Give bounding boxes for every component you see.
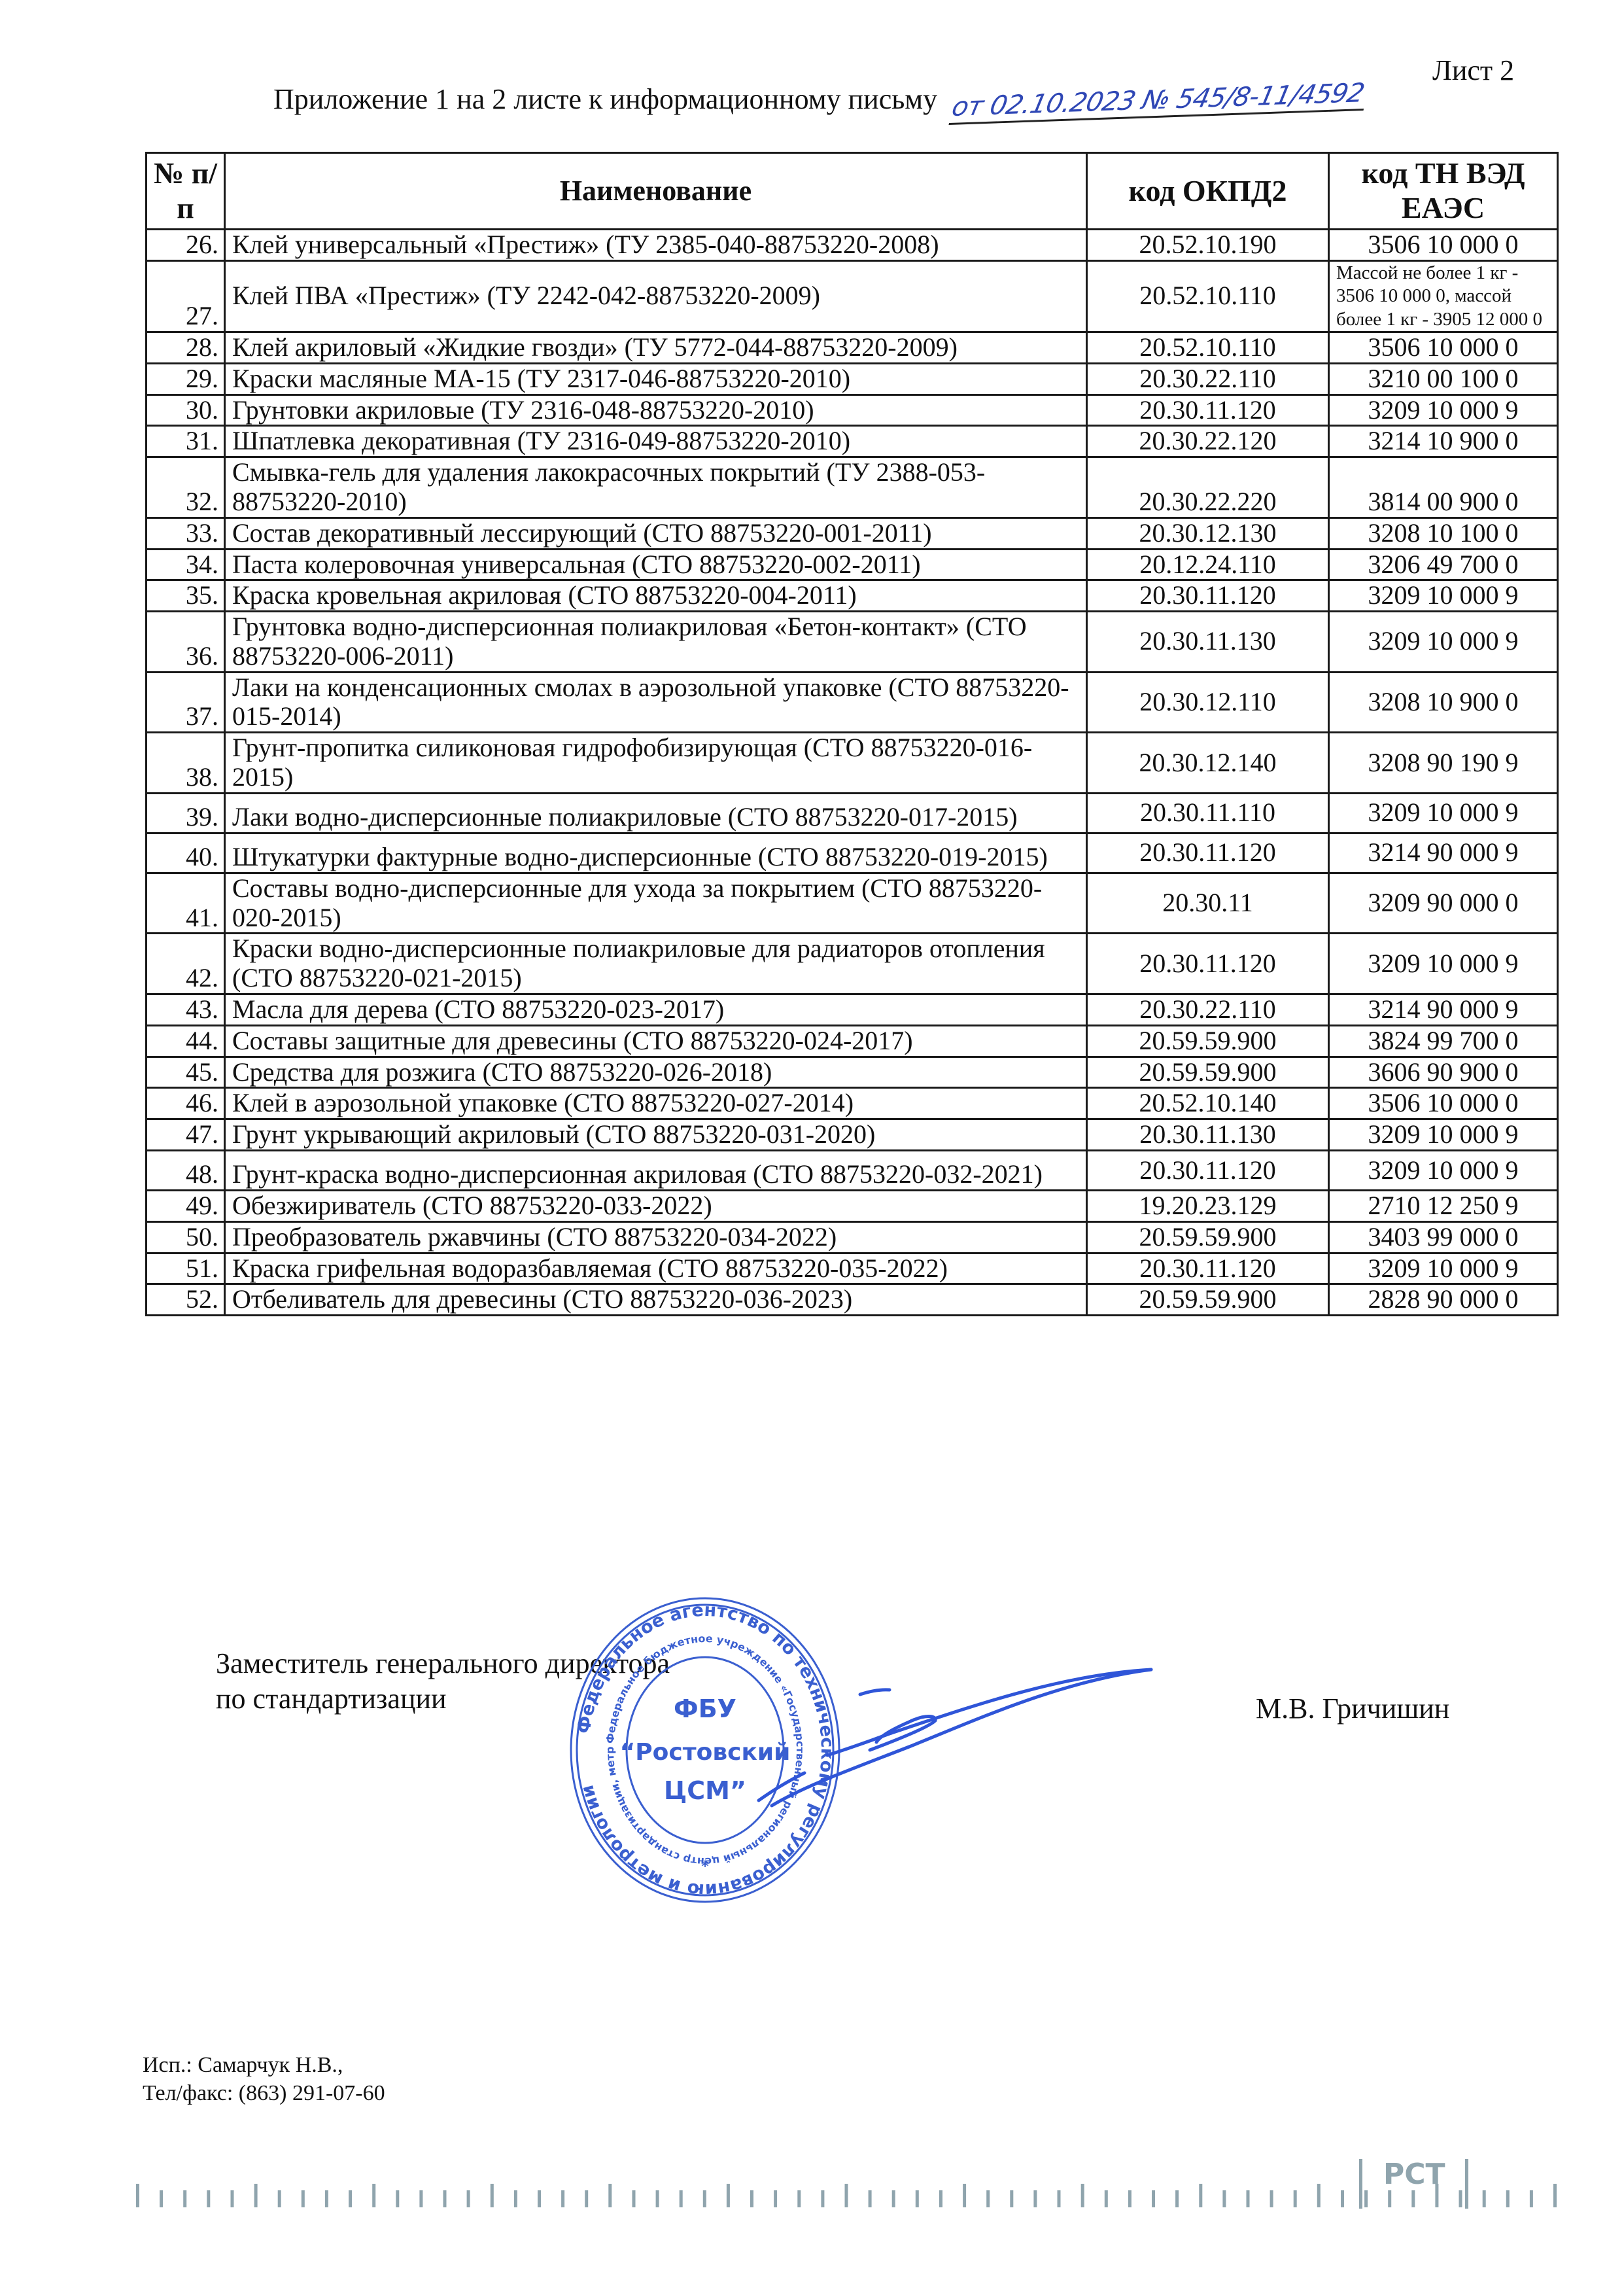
table-row: 37.Лаки на конденсационных смолах в аэро… bbox=[147, 672, 1558, 733]
product-name: Грунт-пропитка силиконовая гидрофобизиру… bbox=[225, 733, 1087, 794]
row-number: 28. bbox=[147, 332, 225, 363]
table-row: 46.Клей в аэрозольной упаковке (СТО 8875… bbox=[147, 1088, 1558, 1119]
product-name: Обезжириватель (СТО 88753220-033-2022) bbox=[225, 1191, 1087, 1222]
product-name: Краска кровельная акриловая (СТО 8875322… bbox=[225, 580, 1087, 612]
table-row: 28.Клей акриловый «Жидкие гвозди» (ТУ 57… bbox=[147, 332, 1558, 363]
row-number: 41. bbox=[147, 873, 225, 934]
table-row: 35.Краска кровельная акриловая (СТО 8875… bbox=[147, 580, 1558, 612]
column-header-name: Наименование bbox=[225, 153, 1087, 230]
tnved-code: 3206 49 700 0 bbox=[1329, 549, 1558, 580]
table-row: 27.Клей ПВА «Престиж» (ТУ 2242-042-88753… bbox=[147, 260, 1558, 332]
column-header-okpd2: код ОКПД2 bbox=[1087, 153, 1329, 230]
row-number: 38. bbox=[147, 733, 225, 794]
table-row: 52.Отбеливатель для древесины (СТО 88753… bbox=[147, 1284, 1558, 1316]
table-row: 47.Грунт укрывающий акриловый (СТО 88753… bbox=[147, 1119, 1558, 1151]
executor-name: Исп.: Самарчук Н.В., bbox=[143, 2052, 385, 2080]
signer-name: М.В. Гричишин bbox=[1256, 1694, 1449, 1723]
row-number: 29. bbox=[147, 363, 225, 394]
tnved-code: 3403 99 000 0 bbox=[1329, 1221, 1558, 1253]
table-row: 38.Грунт-пропитка силиконовая гидрофобиз… bbox=[147, 733, 1558, 794]
product-name: Паста колеровочная универсальная (СТО 88… bbox=[225, 549, 1087, 580]
table-row: 33.Состав декоративный лессирующий (СТО … bbox=[147, 517, 1558, 549]
table-row: 31.Шпатлевка декоративная (ТУ 2316-049-8… bbox=[147, 426, 1558, 457]
okpd2-code: 20.30.11.120 bbox=[1087, 934, 1329, 994]
rst-logo-text: РСТ bbox=[1383, 2159, 1445, 2191]
tnved-code: 3208 90 190 9 bbox=[1329, 733, 1558, 794]
product-name: Масла для дерева (СТО 88753220-023-2017) bbox=[225, 994, 1087, 1026]
product-name: Лаки водно-дисперсионные полиакриловые (… bbox=[225, 793, 1087, 833]
product-name: Клей в аэрозольной упаковке (СТО 8875322… bbox=[225, 1088, 1087, 1119]
okpd2-code: 20.30.11.110 bbox=[1087, 793, 1329, 833]
row-number: 50. bbox=[147, 1221, 225, 1253]
table-row: 29.Краски масляные МА-15 (ТУ 2317-046-88… bbox=[147, 363, 1558, 394]
product-name: Отбеливатель для древесины (СТО 88753220… bbox=[225, 1284, 1087, 1316]
table-row: 50.Преобразователь ржавчины (СТО 8875322… bbox=[147, 1221, 1558, 1253]
okpd2-code: 20.52.10.110 bbox=[1087, 260, 1329, 332]
okpd2-code: 20.30.12.110 bbox=[1087, 672, 1329, 733]
tnved-code: 3209 10 000 9 bbox=[1329, 1253, 1558, 1284]
product-name: Краска грифельная водоразбавляемая (СТО … bbox=[225, 1253, 1087, 1284]
okpd2-code: 20.30.22.110 bbox=[1087, 994, 1329, 1026]
table-row: 48.Грунт-краска водно-дисперсионная акри… bbox=[147, 1151, 1558, 1191]
tnved-code: 3606 90 900 0 bbox=[1329, 1057, 1558, 1088]
row-number: 36. bbox=[147, 612, 225, 673]
rst-ruler-logo: РСТ bbox=[131, 2159, 1570, 2237]
table-row: 36.Грунтовка водно-дисперсионная полиакр… bbox=[147, 612, 1558, 673]
tnved-code: 3209 10 000 9 bbox=[1329, 934, 1558, 994]
okpd2-code: 20.30.11.120 bbox=[1087, 833, 1329, 873]
table-row: 32.Смывка-гель для удаления лакокрасочны… bbox=[147, 457, 1558, 518]
tnved-code: 3814 00 900 0 bbox=[1329, 457, 1558, 518]
okpd2-code: 20.12.24.110 bbox=[1087, 549, 1329, 580]
table-row: 51.Краска грифельная водоразбавляемая (С… bbox=[147, 1253, 1558, 1284]
table-header-row: № п/п Наименование код ОКПД2 код ТН ВЭД … bbox=[147, 153, 1558, 230]
row-number: 27. bbox=[147, 260, 225, 332]
row-number: 34. bbox=[147, 549, 225, 580]
okpd2-code: 20.59.59.900 bbox=[1087, 1057, 1329, 1088]
product-name: Средства для розжига (СТО 88753220-026-2… bbox=[225, 1057, 1087, 1088]
table-body: 26.Клей универсальный «Престиж» (ТУ 2385… bbox=[147, 230, 1558, 1316]
row-number: 47. bbox=[147, 1119, 225, 1151]
product-name: Преобразователь ржавчины (СТО 88753220-0… bbox=[225, 1221, 1087, 1253]
row-number: 48. bbox=[147, 1151, 225, 1191]
product-name: Грунт укрывающий акриловый (СТО 88753220… bbox=[225, 1119, 1087, 1151]
row-number: 42. bbox=[147, 934, 225, 994]
product-name: Составы защитные для древесины (СТО 8875… bbox=[225, 1025, 1087, 1057]
tnved-code: 3209 10 000 9 bbox=[1329, 580, 1558, 612]
tnved-code: 3209 10 000 9 bbox=[1329, 394, 1558, 426]
row-number: 49. bbox=[147, 1191, 225, 1222]
tnved-code: 3506 10 000 0 bbox=[1329, 332, 1558, 363]
product-name: Составы водно-дисперсионные для ухода за… bbox=[225, 873, 1087, 934]
okpd2-code: 20.30.11.120 bbox=[1087, 580, 1329, 612]
row-number: 35. bbox=[147, 580, 225, 612]
table-row: 34.Паста колеровочная универсальная (СТО… bbox=[147, 549, 1558, 580]
table-row: 40.Штукатурки фактурные водно-дисперсион… bbox=[147, 833, 1558, 873]
product-name: Грунтовка водно-дисперсионная полиакрило… bbox=[225, 612, 1087, 673]
okpd2-code: 20.52.10.140 bbox=[1087, 1088, 1329, 1119]
sheet-label: Лист 2 bbox=[1432, 56, 1514, 85]
product-name: Шпатлевка декоративная (ТУ 2316-049-8875… bbox=[225, 426, 1087, 457]
product-name: Клей ПВА «Престиж» (ТУ 2242-042-88753220… bbox=[225, 260, 1087, 332]
row-number: 43. bbox=[147, 994, 225, 1026]
okpd2-code: 20.30.22.220 bbox=[1087, 457, 1329, 518]
okpd2-code: 20.30.22.120 bbox=[1087, 426, 1329, 457]
row-number: 32. bbox=[147, 457, 225, 518]
tnved-code: 3209 90 000 0 bbox=[1329, 873, 1558, 934]
tnved-code: 3824 99 700 0 bbox=[1329, 1025, 1558, 1057]
tnved-code: 3214 10 900 0 bbox=[1329, 426, 1558, 457]
table-row: 44.Составы защитные для древесины (СТО 8… bbox=[147, 1025, 1558, 1057]
tnved-code: 3209 10 000 9 bbox=[1329, 1119, 1558, 1151]
table-row: 39.Лаки водно-дисперсионные полиакриловы… bbox=[147, 793, 1558, 833]
okpd2-code: 20.30.11.130 bbox=[1087, 612, 1329, 673]
column-header-tnved: код ТН ВЭД ЕАЭС bbox=[1329, 153, 1558, 230]
executor-phone: Тел/факс: (863) 291-07-60 bbox=[143, 2080, 385, 2108]
table-row: 41.Составы водно-дисперсионные для ухода… bbox=[147, 873, 1558, 934]
table-row: 45.Средства для розжига (СТО 88753220-02… bbox=[147, 1057, 1558, 1088]
table-row: 42.Краски водно-дисперсионные полиакрило… bbox=[147, 934, 1558, 994]
table-row: 30.Грунтовки акриловые (ТУ 2316-048-8875… bbox=[147, 394, 1558, 426]
product-name: Клей акриловый «Жидкие гвозди» (ТУ 5772-… bbox=[225, 332, 1087, 363]
okpd2-code: 20.59.59.900 bbox=[1087, 1284, 1329, 1316]
row-number: 46. bbox=[147, 1088, 225, 1119]
product-name: Краски масляные МА-15 (ТУ 2317-046-88753… bbox=[225, 363, 1087, 394]
okpd2-code: 20.59.59.900 bbox=[1087, 1025, 1329, 1057]
okpd2-code: 20.59.59.900 bbox=[1087, 1221, 1329, 1253]
tnved-code: 3214 90 000 9 bbox=[1329, 833, 1558, 873]
annex-heading: Приложение 1 на 2 листе к информационном… bbox=[273, 84, 1366, 118]
row-number: 45. bbox=[147, 1057, 225, 1088]
row-number: 37. bbox=[147, 672, 225, 733]
table-row: 43.Масла для дерева (СТО 88753220-023-20… bbox=[147, 994, 1558, 1026]
okpd2-code: 20.30.12.130 bbox=[1087, 517, 1329, 549]
tnved-code: 3214 90 000 9 bbox=[1329, 994, 1558, 1026]
row-number: 40. bbox=[147, 833, 225, 873]
tnved-code: 3209 10 000 9 bbox=[1329, 1151, 1558, 1191]
handwritten-letter-reference: от 02.10.2023 № 545/8-11/4592 bbox=[949, 80, 1371, 125]
product-name: Штукатурки фактурные водно-дисперсионные… bbox=[225, 833, 1087, 873]
product-name: Клей универсальный «Престиж» (ТУ 2385-04… bbox=[225, 230, 1087, 261]
tnved-code: 3210 00 100 0 bbox=[1329, 363, 1558, 394]
row-number: 44. bbox=[147, 1025, 225, 1057]
column-header-number: № п/п bbox=[147, 153, 225, 230]
product-name: Лаки на конденсационных смолах в аэрозол… bbox=[225, 672, 1087, 733]
row-number: 52. bbox=[147, 1284, 225, 1316]
row-number: 51. bbox=[147, 1253, 225, 1284]
okpd2-code: 20.30.11.130 bbox=[1087, 1119, 1329, 1151]
tnved-code: 3209 10 000 9 bbox=[1329, 612, 1558, 673]
okpd2-code: 20.30.22.110 bbox=[1087, 363, 1329, 394]
handwritten-signature bbox=[693, 1636, 1190, 1832]
okpd2-code: 20.52.10.110 bbox=[1087, 332, 1329, 363]
tnved-code: 3208 10 100 0 bbox=[1329, 517, 1558, 549]
okpd2-code: 20.30.11.120 bbox=[1087, 1151, 1329, 1191]
products-table: № п/п Наименование код ОКПД2 код ТН ВЭД … bbox=[145, 152, 1559, 1316]
tnved-code: 3209 10 000 9 bbox=[1329, 793, 1558, 833]
product-name: Состав декоративный лессирующий (СТО 887… bbox=[225, 517, 1087, 549]
okpd2-code: 20.52.10.190 bbox=[1087, 230, 1329, 261]
row-number: 39. bbox=[147, 793, 225, 833]
tnved-code: Массой не более 1 кг - 3506 10 000 0, ма… bbox=[1329, 260, 1558, 332]
product-name: Грунтовки акриловые (ТУ 2316-048-8875322… bbox=[225, 394, 1087, 426]
tnved-code: 2828 90 000 0 bbox=[1329, 1284, 1558, 1316]
tnved-code: 3506 10 000 0 bbox=[1329, 230, 1558, 261]
tnved-code: 3208 10 900 0 bbox=[1329, 672, 1558, 733]
okpd2-code: 20.30.11.120 bbox=[1087, 394, 1329, 426]
okpd2-code: 19.20.23.129 bbox=[1087, 1191, 1329, 1222]
tnved-code: 2710 12 250 9 bbox=[1329, 1191, 1558, 1222]
annex-text: Приложение 1 на 2 листе к информационном… bbox=[273, 83, 937, 115]
table-row: 26.Клей универсальный «Престиж» (ТУ 2385… bbox=[147, 230, 1558, 261]
okpd2-code: 20.30.11 bbox=[1087, 873, 1329, 934]
product-name: Смывка-гель для удаления лакокрасочных п… bbox=[225, 457, 1087, 518]
product-name: Краски водно-дисперсионные полиакриловые… bbox=[225, 934, 1087, 994]
row-number: 26. bbox=[147, 230, 225, 261]
table-row: 49.Обезжириватель (СТО 88753220-033-2022… bbox=[147, 1191, 1558, 1222]
row-number: 33. bbox=[147, 517, 225, 549]
row-number: 31. bbox=[147, 426, 225, 457]
okpd2-code: 20.30.12.140 bbox=[1087, 733, 1329, 794]
okpd2-code: 20.30.11.120 bbox=[1087, 1253, 1329, 1284]
product-name: Грунт-краска водно-дисперсионная акрилов… bbox=[225, 1151, 1087, 1191]
tnved-code: 3506 10 000 0 bbox=[1329, 1088, 1558, 1119]
stamp-star-icon: * bbox=[701, 1859, 709, 1875]
row-number: 30. bbox=[147, 394, 225, 426]
executor-info: Исп.: Самарчук Н.В., Тел/факс: (863) 291… bbox=[143, 2052, 385, 2107]
